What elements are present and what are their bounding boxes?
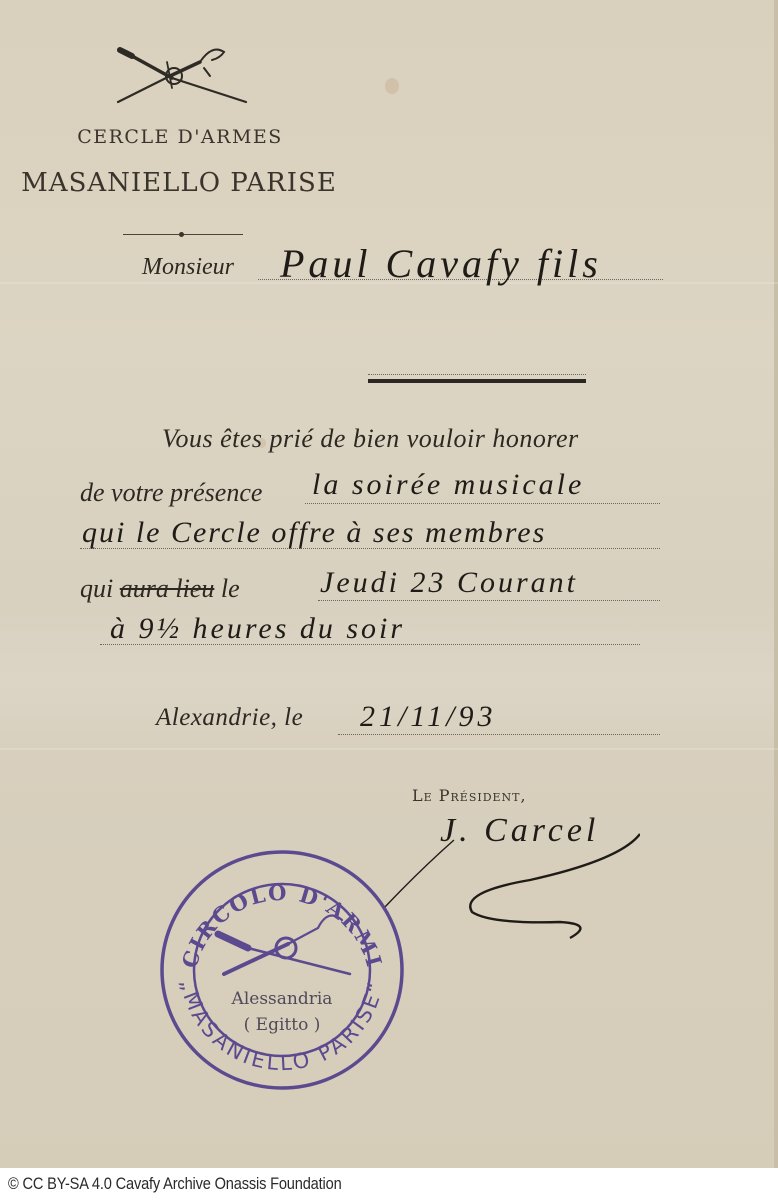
stamp-city: Alessandria — [231, 989, 333, 1009]
body-line-4-le: le — [221, 574, 240, 603]
body-line-3-handwritten: qui le Cercle offre à ses membres — [82, 516, 546, 550]
club-name-second: PARISE — [230, 168, 337, 198]
rule-dots — [368, 374, 586, 375]
addressee-name: Paul Cavafy fils — [280, 240, 602, 287]
club-name: MASANIELLO PARISE — [14, 168, 344, 198]
ornamental-rule — [123, 234, 243, 236]
body-line-5-handwritten: à 9½ heures du soir — [110, 612, 405, 646]
body-line-4-qui: qui — [80, 574, 113, 603]
date-value: 21/11/93 — [360, 700, 496, 734]
club-name-first: MASANIELLO — [21, 168, 221, 198]
signature-flourish — [380, 820, 640, 940]
body-line-4: qui aura lieu le — [80, 574, 240, 604]
body-line-2-handwritten: la soirée musicale — [312, 468, 584, 502]
body-line-1: Vous êtes prié de bien vouloir honorer — [162, 424, 579, 454]
club-stamp: CIRCOLO D'ARMI „MASANIELLO PARISE“ Aless… — [158, 848, 406, 1092]
fold-crease — [0, 748, 778, 750]
stamp-country: ( Egitto ) — [244, 1015, 321, 1035]
body-line-2-printed: de votre présence — [80, 478, 262, 508]
thick-rule — [368, 379, 586, 383]
copyright-caption: © CC BY-SA 4.0 Cavafy Archive Onassis Fo… — [8, 1174, 342, 1194]
paper-stain — [385, 78, 399, 94]
body-dotted-line — [318, 600, 660, 601]
body-line-4-handwritten: Jeudi 23 Courant — [320, 566, 578, 600]
date-place: Alexandrie, le — [156, 704, 303, 732]
document-paper: CERCLE D'ARMES MASANIELLO PARISE Monsieu… — [0, 0, 778, 1168]
president-title: Le Président, — [412, 786, 527, 805]
date-dotted-line — [338, 734, 660, 735]
body-line-4-struck: aura lieu — [120, 574, 215, 603]
club-title: CERCLE D'ARMES — [0, 126, 360, 148]
salutation: Monsieur — [142, 254, 234, 281]
paper-edge — [774, 0, 778, 1168]
body-dotted-line — [305, 503, 660, 504]
crossed-swords-icon — [112, 40, 252, 108]
